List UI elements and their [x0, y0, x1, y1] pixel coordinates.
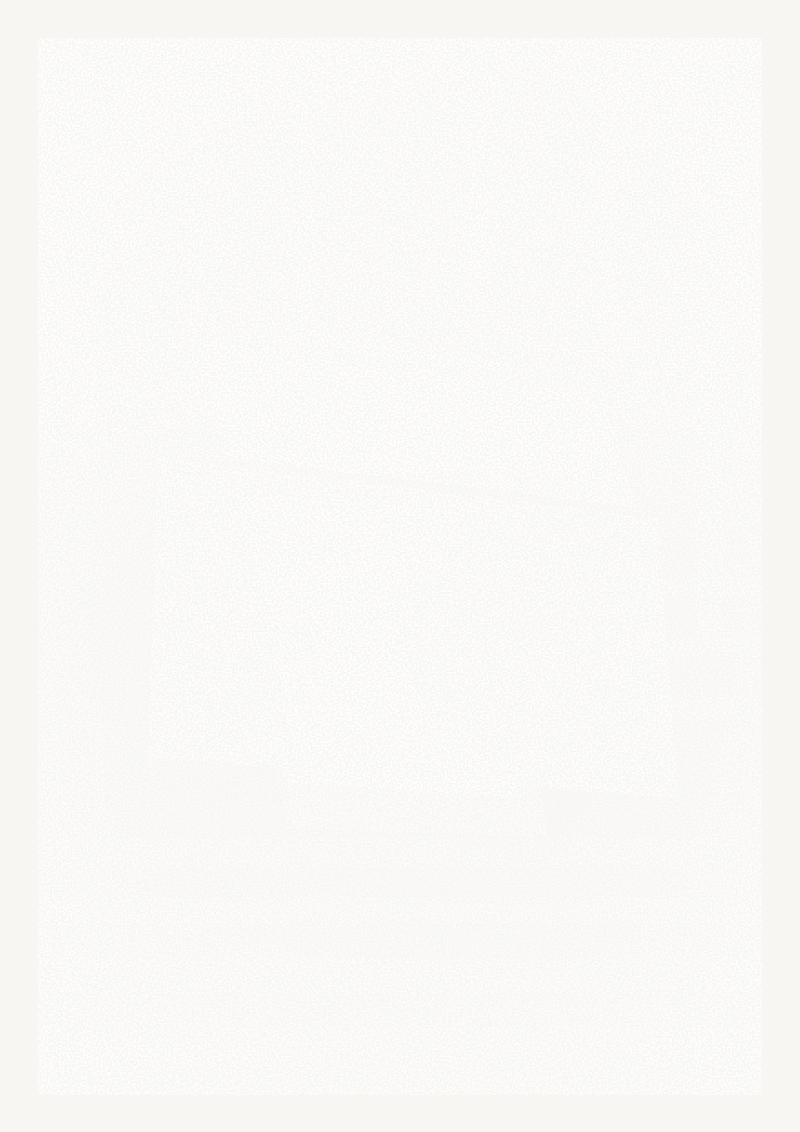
stipple-artwork — [38, 38, 762, 1095]
artwork-canvas — [38, 38, 762, 1095]
ink-layer — [38, 38, 762, 1095]
